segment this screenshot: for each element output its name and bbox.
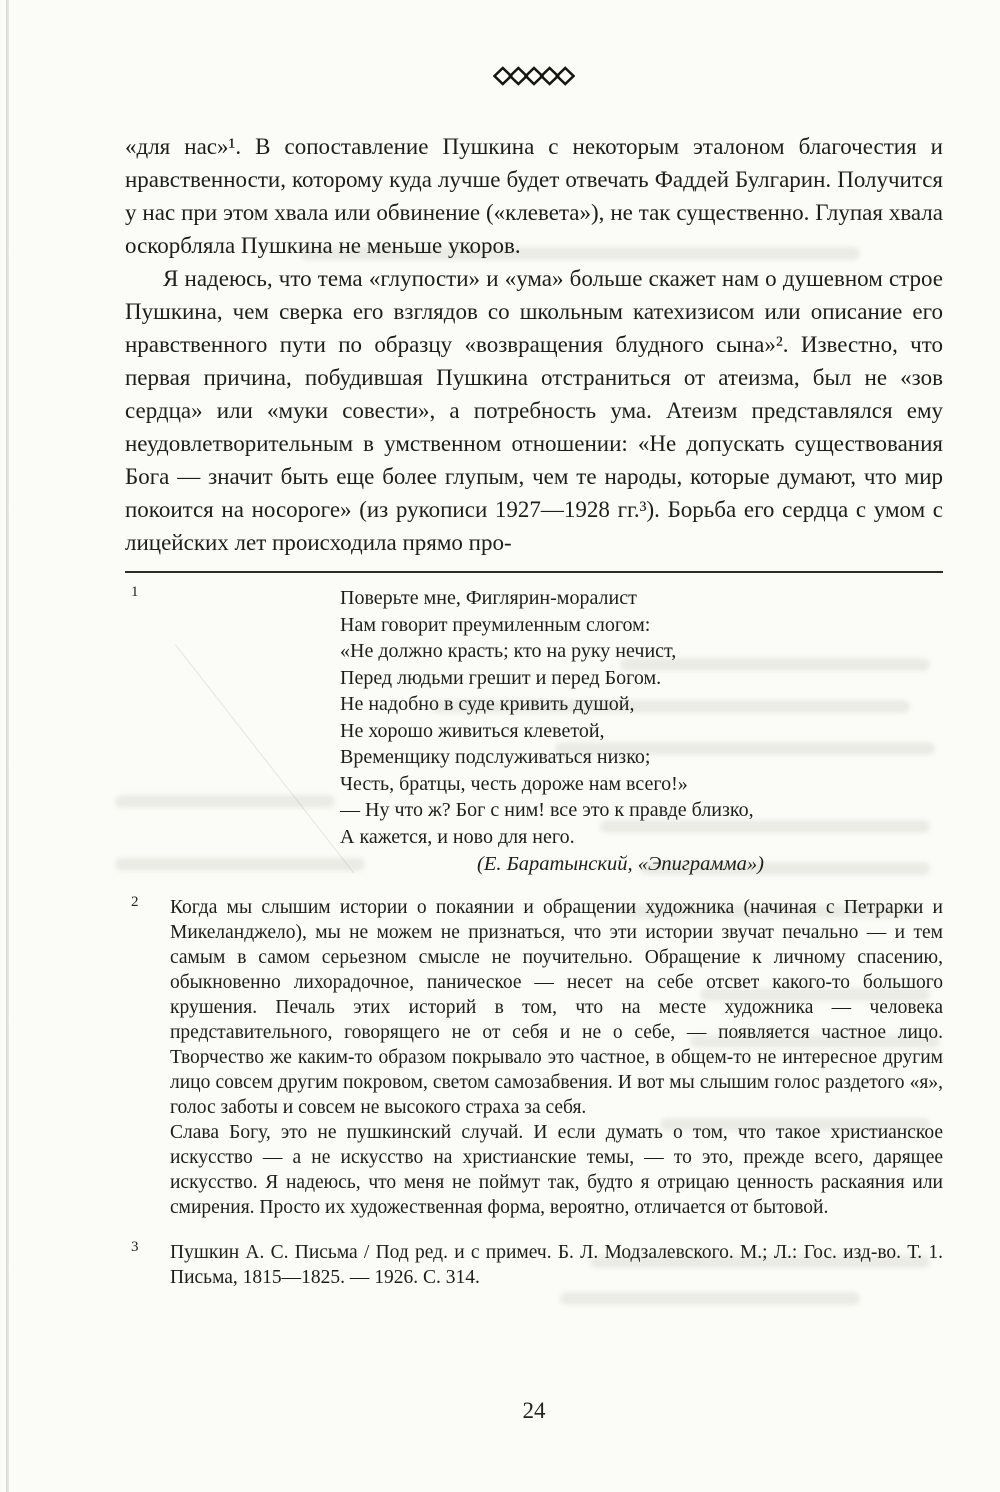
footnote-1-poem-block: Поверьте мне, Фиглярин-моралист Нам гово… xyxy=(125,585,943,879)
poem-epigramma: Поверьте мне, Фиглярин-моралист Нам гово… xyxy=(340,585,943,850)
bleedthrough-smudge xyxy=(560,1292,860,1305)
footnote-2: 2 Когда мы слышим истории о покаянии и о… xyxy=(125,895,943,1220)
footnote-2-paragraph-1: Когда мы слышим истории о покаянии и обр… xyxy=(170,895,943,1120)
footnote-3: 3 Пушкин А. С. Письма / Под ред. и с при… xyxy=(125,1240,943,1290)
footnote-3-citation: Пушкин А. С. Письма / Под ред. и с приме… xyxy=(170,1240,943,1290)
footnotes-section: 1 Поверьте мне, Фиглярин-моралист Нам го… xyxy=(125,585,943,1290)
footnote-1: 1 Поверьте мне, Фиглярин-моралист Нам го… xyxy=(125,585,943,879)
text-column: «для нас»¹. В сопоставление Пушкина с не… xyxy=(125,0,943,1290)
page-edge-shadow xyxy=(6,0,9,1492)
poem-attribution: (Е. Баратынский, «Эпиграмма») xyxy=(477,850,943,879)
book-page: «для нас»¹. В сопоставление Пушкина с не… xyxy=(0,0,1000,1492)
body-paragraph-1: «для нас»¹. В сопоставление Пушкина с не… xyxy=(125,130,943,262)
diamond-chain-ornament-icon xyxy=(493,66,575,86)
footnote-3-marker: 3 xyxy=(131,1238,139,1256)
footnote-2-marker: 2 xyxy=(131,893,139,911)
footnote-1-marker: 1 xyxy=(131,583,139,601)
footnote-3-text-block: Пушкин А. С. Письма / Под ред. и с приме… xyxy=(125,1240,943,1290)
footnote-2-paragraph-2: Слава Богу, это не пушкинский случай. И … xyxy=(170,1120,943,1220)
footnote-separator-rule xyxy=(125,571,943,573)
footnote-2-text: Когда мы слышим истории о покаянии и обр… xyxy=(125,895,943,1220)
page-number: 24 xyxy=(125,1398,943,1424)
body-paragraph-2: Я надеюсь, что тема «глупости» и «ума» б… xyxy=(125,262,943,559)
main-text: «для нас»¹. В сопоставление Пушкина с не… xyxy=(125,130,943,559)
